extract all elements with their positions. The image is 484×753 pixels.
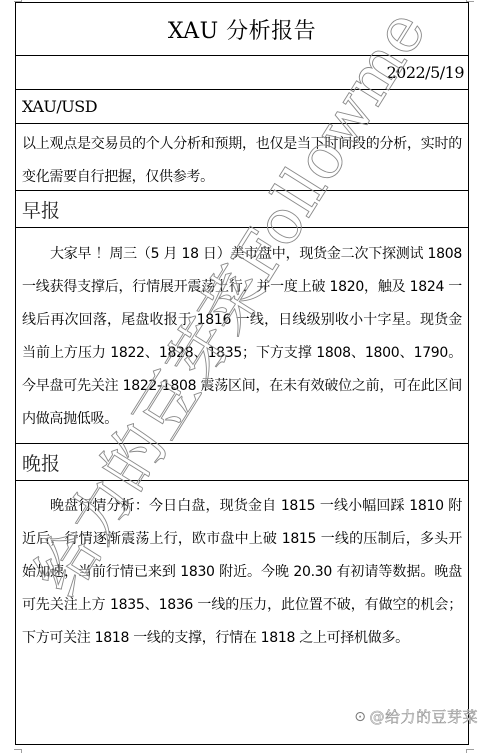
date-row: 2022/5/19 — [16, 56, 468, 90]
report-title: XAU 分析报告 — [168, 14, 316, 45]
author-handle: @给力的豆芽菜 — [369, 706, 478, 727]
weibo-logo-icon: ⊙ — [354, 709, 366, 725]
symbol-row: XAU/USD — [16, 90, 468, 124]
page-corner-mark-bottom-right — [466, 749, 474, 753]
disclaimer-text: 以上观点是交易员的个人分析和预期，也仅是当下时间段的分析，实时的变化需要自行把握… — [22, 128, 462, 194]
page-corner-mark-bottom-left — [14, 749, 22, 753]
report-date: 2022/5/19 — [386, 63, 464, 82]
instrument-symbol: XAU/USD — [22, 97, 97, 116]
morning-body-row: 大家早 ！周三（5 月 18 日）美市盘中，现货金二次下探测试 1808 一线获… — [16, 228, 468, 444]
evening-heading-row: 晚报 — [16, 444, 468, 481]
evening-body-row: 晚盘行情分析：今日白盘，现货金自 1815 一线小幅回踩 1810 附近后，行情… — [16, 481, 468, 744]
evening-report-text: 晚盘行情分析：今日白盘，现货金自 1815 一线小幅回踩 1810 附近后，行情… — [22, 490, 462, 655]
author-credit: ⊙ @给力的豆芽菜 — [354, 706, 478, 727]
morning-heading-row: 早报 — [16, 191, 468, 228]
morning-heading: 早报 — [22, 196, 60, 223]
report-table: XAU 分析报告 2022/5/19 XAU/USD 以上观点是交易员的个人分析… — [15, 2, 469, 745]
title-row: XAU 分析报告 — [16, 3, 468, 56]
morning-report-text: 大家早 ！周三（5 月 18 日）美市盘中，现货金二次下探测试 1808 一线获… — [22, 238, 462, 436]
evening-heading: 晚报 — [22, 449, 60, 476]
disclaimer-row: 以上观点是交易员的个人分析和预期，也仅是当下时间段的分析，实时的变化需要自行把握… — [16, 124, 468, 191]
